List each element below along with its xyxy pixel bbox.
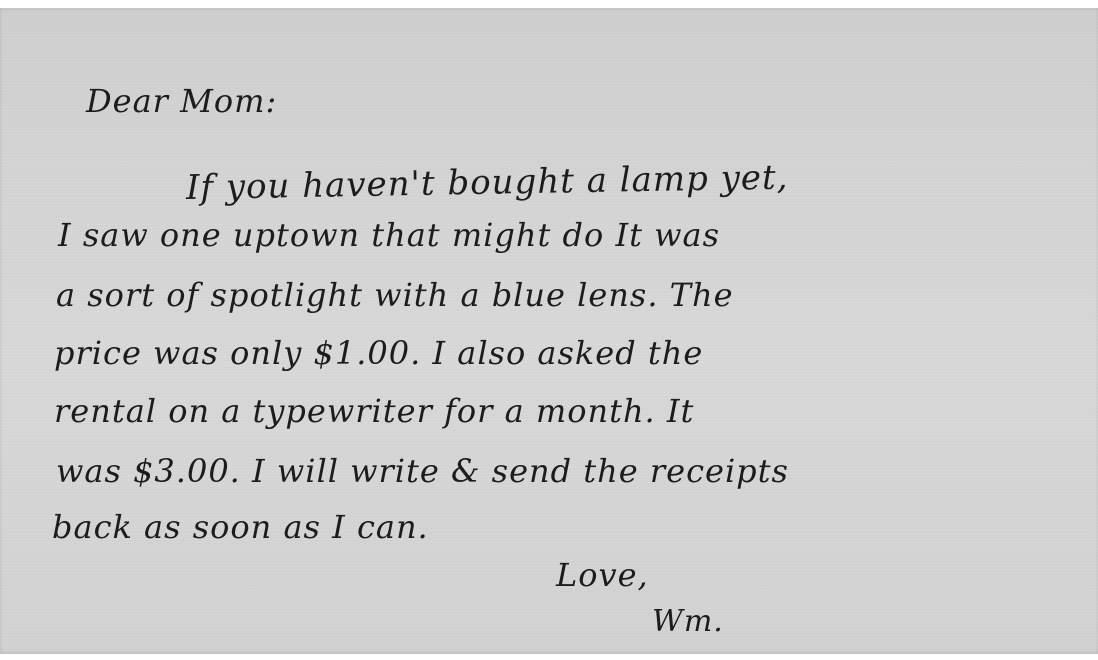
scanned-letter-page: Dear Mom: If you haven't bought a lamp y… xyxy=(0,0,1098,660)
closing: Love, xyxy=(556,556,649,594)
signature: Wm. xyxy=(652,604,724,639)
body-line-5: rental on a typewriter for a month. It xyxy=(54,392,694,430)
body-line-4: price was only $1.00. I also asked the xyxy=(54,334,703,372)
body-line-6: was $3.00. I will write & send the recei… xyxy=(56,452,789,490)
body-line-7: back as soon as I can. xyxy=(52,508,429,546)
letter-card: Dear Mom: If you haven't bought a lamp y… xyxy=(0,8,1098,654)
salutation: Dear Mom: xyxy=(86,82,277,120)
body-line-2: I saw one uptown that might do It was xyxy=(58,216,720,254)
body-line-3: a sort of spotlight with a blue lens. Th… xyxy=(56,276,734,314)
body-line-1: If you haven't bought a lamp yet, xyxy=(186,157,789,208)
